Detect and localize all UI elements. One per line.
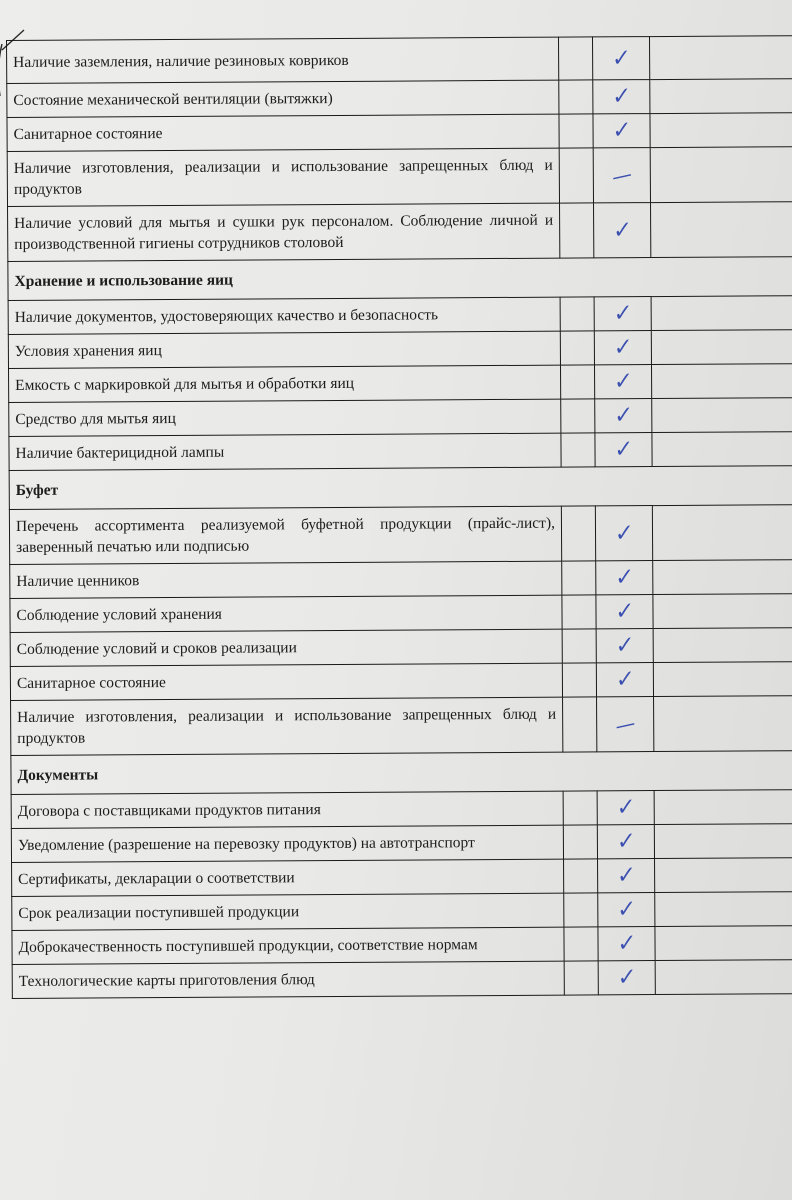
mark-cell[interactable]: ✓ bbox=[598, 859, 655, 893]
checklist-row: Санитарное состояние ✓ bbox=[7, 112, 792, 151]
check-mark-icon: ✓ bbox=[616, 830, 635, 854]
blank-cell[interactable] bbox=[563, 825, 597, 859]
section-header-row: Хранение и использование яиц bbox=[8, 256, 792, 300]
checklist-row: Наличие документов, удостоверяющих качес… bbox=[8, 295, 792, 334]
criterion-text: Состояние механической вентиляции (вытяж… bbox=[7, 80, 559, 117]
mark-cell[interactable]: ✓ bbox=[597, 825, 654, 859]
mark-cell[interactable]: ✓ bbox=[598, 893, 655, 927]
blank-cell[interactable] bbox=[564, 927, 598, 961]
criterion-text: Санитарное состояние bbox=[10, 663, 562, 700]
blank-cell[interactable] bbox=[560, 297, 594, 331]
notes-cell[interactable] bbox=[654, 695, 792, 751]
section-title: Буфет bbox=[9, 465, 792, 509]
notes-cell[interactable] bbox=[655, 857, 792, 892]
criterion-text: Уведомление (разрешение на перевозку про… bbox=[11, 825, 563, 862]
mark-cell[interactable]: ✓ bbox=[594, 297, 651, 331]
mark-cell[interactable]: ✓ bbox=[595, 433, 652, 467]
notes-cell[interactable] bbox=[652, 397, 792, 432]
criterion-text: Сертификаты, декларации о соответствии bbox=[12, 859, 564, 896]
mark-cell[interactable]: ✓ bbox=[596, 663, 653, 697]
criterion-text: Перечень ассортимента реализуемой буфетн… bbox=[9, 506, 561, 564]
blank-cell[interactable] bbox=[560, 203, 594, 258]
criterion-text: Наличие документов, удостоверяющих качес… bbox=[8, 297, 560, 334]
notes-cell[interactable] bbox=[651, 201, 792, 257]
checklist-row: Договора с поставщиками продуктов питани… bbox=[11, 789, 792, 828]
checklist-row: Состояние механической вентиляции (вытяж… bbox=[7, 78, 792, 117]
criterion-text: Емкость с маркировкой для мытья и обрабо… bbox=[9, 365, 561, 402]
blank-cell[interactable] bbox=[558, 37, 592, 80]
notes-cell[interactable] bbox=[651, 363, 792, 398]
notes-cell[interactable] bbox=[655, 891, 792, 926]
blank-cell[interactable] bbox=[561, 399, 595, 433]
notes-cell[interactable] bbox=[650, 78, 792, 113]
notes-cell[interactable] bbox=[652, 504, 792, 560]
check-mark-icon: ✓ bbox=[614, 404, 633, 428]
blank-cell[interactable] bbox=[563, 791, 597, 825]
criterion-text: Наличие условий для мытья и сушки рук пе… bbox=[8, 203, 560, 261]
check-mark-icon: ✓ bbox=[617, 864, 636, 888]
criterion-text: Технологические карты приготовления блюд bbox=[12, 961, 564, 998]
criterion-text: Санитарное состояние bbox=[7, 114, 559, 151]
checklist-table: Наличие заземления, наличие резиновых ко… bbox=[6, 35, 792, 999]
criterion-text: Наличие заземления, наличие резиновых ко… bbox=[7, 37, 559, 83]
mark-cell[interactable]: ✓ bbox=[594, 331, 651, 365]
notes-cell[interactable] bbox=[653, 627, 792, 662]
mark-cell[interactable]: ✓ bbox=[596, 595, 653, 629]
blank-cell[interactable] bbox=[559, 148, 593, 203]
criterion-text: Средство для мытья яиц bbox=[9, 399, 561, 436]
notes-cell[interactable] bbox=[651, 295, 792, 330]
blank-cell[interactable] bbox=[561, 433, 595, 467]
mark-cell[interactable]: ✓ bbox=[598, 961, 655, 995]
blank-cell[interactable] bbox=[562, 595, 596, 629]
notes-cell[interactable] bbox=[650, 146, 792, 202]
checklist-body: Наличие заземления, наличие резиновых ко… bbox=[7, 35, 792, 998]
notes-cell[interactable] bbox=[649, 35, 792, 79]
check-mark-icon: ✓ bbox=[612, 119, 631, 143]
blank-cell[interactable] bbox=[560, 365, 594, 399]
checklist-row: Санитарное состояние ✓ bbox=[10, 661, 792, 700]
blank-cell[interactable] bbox=[562, 663, 596, 697]
check-mark-icon: ✓ bbox=[613, 302, 632, 326]
check-mark-icon: ✓ bbox=[615, 600, 634, 624]
checklist-row: Наличие условий для мытья и сушки рук пе… bbox=[8, 201, 792, 261]
checklist-row: Средство для мытья яиц ✓ bbox=[9, 397, 792, 436]
check-mark-icon: ✓ bbox=[615, 668, 634, 692]
blank-cell[interactable] bbox=[559, 80, 593, 114]
mark-cell[interactable]: ✓ bbox=[594, 365, 651, 399]
checklist-row: Соблюдение условий хранения ✓ bbox=[10, 593, 792, 632]
checklist-row: Срок реализации поступившей продукции ✓ bbox=[12, 891, 792, 930]
checklist-row: Наличие бактерицидной лампы ✓ bbox=[9, 431, 792, 470]
mark-cell[interactable]: ✓ bbox=[595, 506, 652, 561]
checklist-row: Доброкачественность поступившей продукци… bbox=[12, 925, 792, 964]
notes-cell[interactable] bbox=[651, 329, 792, 364]
criterion-text: Соблюдение условий хранения bbox=[10, 595, 562, 632]
mark-cell[interactable]: — bbox=[597, 697, 654, 752]
criterion-text: Срок реализации поступившей продукции bbox=[12, 893, 564, 930]
notes-cell[interactable] bbox=[654, 823, 792, 858]
check-mark-icon: ✓ bbox=[617, 966, 636, 990]
checklist-row: Наличие изготовления, реализации и испол… bbox=[11, 695, 792, 755]
notes-cell[interactable] bbox=[654, 789, 792, 824]
section-title: Хранение и использование яиц bbox=[8, 256, 792, 300]
blank-cell[interactable] bbox=[562, 629, 596, 663]
mark-cell[interactable]: ✓ bbox=[592, 37, 649, 80]
notes-cell[interactable] bbox=[653, 593, 792, 628]
criterion-text: Наличие ценников bbox=[10, 561, 562, 598]
mark-cell[interactable]: ✓ bbox=[594, 203, 651, 258]
dash-mark-icon: — bbox=[610, 163, 634, 188]
notes-cell[interactable] bbox=[653, 559, 792, 594]
checklist-row: Перечень ассортимента реализуемой буфетн… bbox=[9, 504, 792, 564]
checklist-row: Технологические карты приготовления блюд… bbox=[12, 959, 792, 998]
mark-cell[interactable]: — bbox=[593, 148, 650, 203]
checklist-row: Наличие заземления, наличие резиновых ко… bbox=[7, 35, 792, 83]
criterion-text: Наличие изготовления, реализации и испол… bbox=[7, 148, 559, 206]
checklist-sheet: Наличие заземления, наличие резиновых ко… bbox=[6, 35, 792, 999]
criterion-text: Соблюдение условий и сроков реализации bbox=[10, 629, 562, 666]
check-mark-icon: ✓ bbox=[613, 336, 632, 360]
criterion-text: Наличие бактерицидной лампы bbox=[9, 433, 561, 470]
criterion-text: Наличие изготовления, реализации и испол… bbox=[11, 697, 563, 755]
blank-cell[interactable] bbox=[563, 697, 597, 752]
mark-cell[interactable]: ✓ bbox=[593, 80, 650, 114]
notes-cell[interactable] bbox=[655, 959, 792, 994]
check-mark-icon: ✓ bbox=[617, 898, 636, 922]
mark-cell[interactable]: ✓ bbox=[596, 629, 653, 663]
checklist-row: Уведомление (разрешение на перевозку про… bbox=[11, 823, 792, 862]
checklist-row: Сертификаты, декларации о соответствии ✓ bbox=[12, 857, 792, 896]
blank-cell[interactable] bbox=[564, 859, 598, 893]
blank-cell[interactable] bbox=[559, 114, 593, 148]
check-mark-icon: ✓ bbox=[612, 85, 631, 109]
criterion-text: Договора с поставщиками продуктов питани… bbox=[11, 791, 563, 828]
mark-cell[interactable]: ✓ bbox=[596, 561, 653, 595]
check-mark-icon: ✓ bbox=[614, 438, 633, 462]
section-header-row: Буфет bbox=[9, 465, 792, 509]
checklist-row: Условия хранения яиц ✓ bbox=[8, 329, 792, 368]
blank-cell[interactable] bbox=[561, 506, 595, 561]
notes-cell[interactable] bbox=[653, 661, 792, 696]
check-mark-icon: ✓ bbox=[617, 932, 636, 956]
mark-cell[interactable]: ✓ bbox=[593, 114, 650, 148]
section-title: Документы bbox=[11, 750, 792, 794]
notes-cell[interactable] bbox=[650, 112, 792, 147]
check-mark-icon: ✓ bbox=[614, 370, 633, 394]
checklist-row: Наличие ценников ✓ bbox=[10, 559, 792, 598]
check-mark-icon: ✓ bbox=[615, 566, 634, 590]
check-mark-icon: ✓ bbox=[615, 634, 634, 658]
blank-cell[interactable] bbox=[564, 893, 598, 927]
checklist-row: Наличие изготовления, реализации и испол… bbox=[7, 146, 792, 206]
blank-cell[interactable] bbox=[560, 331, 594, 365]
criterion-text: Доброкачественность поступившей продукци… bbox=[12, 927, 564, 964]
blank-cell[interactable] bbox=[562, 561, 596, 595]
blank-cell[interactable] bbox=[564, 961, 598, 995]
section-header-row: Документы bbox=[11, 750, 792, 794]
dash-mark-icon: — bbox=[613, 712, 637, 737]
notes-cell[interactable] bbox=[655, 925, 792, 960]
criterion-text: Условия хранения яиц bbox=[8, 331, 560, 368]
check-mark-icon: ✓ bbox=[615, 521, 634, 545]
notes-cell[interactable] bbox=[652, 431, 792, 466]
mark-cell[interactable]: ✓ bbox=[597, 791, 654, 825]
checklist-row: Емкость с маркировкой для мытья и обрабо… bbox=[9, 363, 792, 402]
mark-cell[interactable]: ✓ bbox=[595, 399, 652, 433]
check-mark-icon: ✓ bbox=[616, 796, 635, 820]
mark-cell[interactable]: ✓ bbox=[598, 927, 655, 961]
checklist-row: Соблюдение условий и сроков реализации ✓ bbox=[10, 627, 792, 666]
check-mark-icon: ✓ bbox=[612, 46, 631, 70]
check-mark-icon: ✓ bbox=[613, 218, 632, 242]
